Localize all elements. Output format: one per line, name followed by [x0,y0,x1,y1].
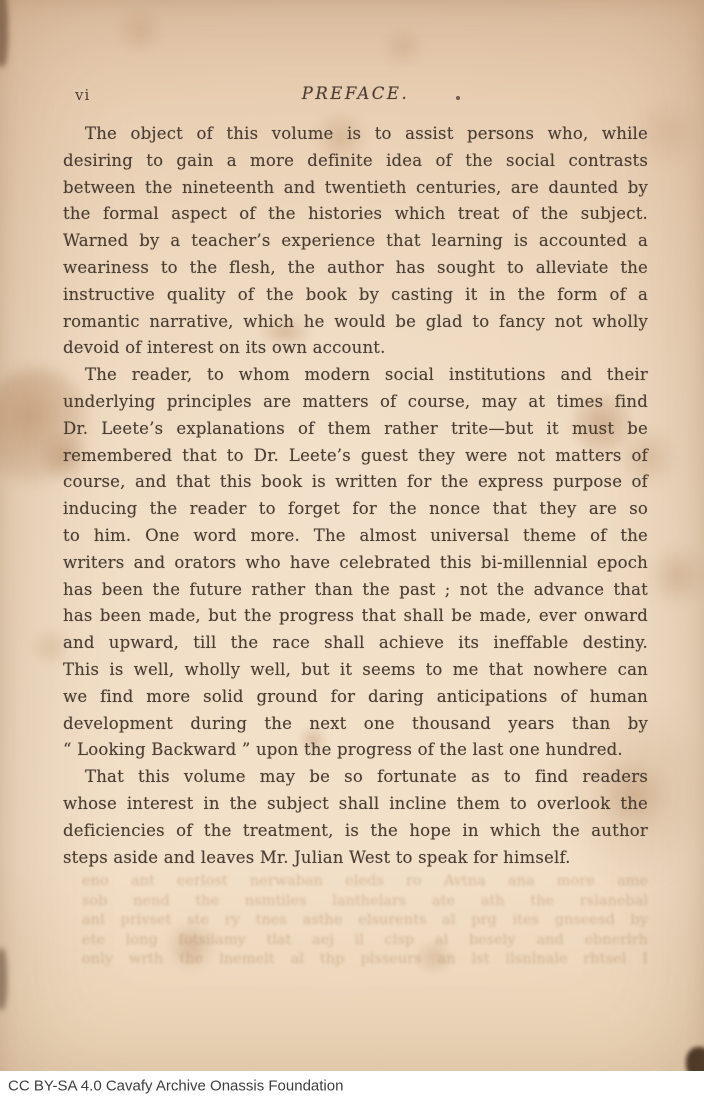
text-line: we find more solid ground for daring ant… [63,684,648,711]
stain [112,8,167,53]
page-edge-shadow [0,948,7,1010]
text-line: the formal aspect of the histories which… [63,201,648,228]
text-line: steps aside and leaves Mr. Julian West t… [63,845,648,872]
text-line: Warned by a teacher’s experience that le… [63,228,648,255]
text-line: whose interest in the subject shall incl… [63,791,648,818]
text-line: romantic narrative, which he would be gl… [63,309,648,336]
text-line: This is well, wholly well, but it seems … [63,657,648,684]
text-line: Dr. Leete’s explanations of them rather … [63,416,648,443]
text-line: The object of this volume is to assist p… [63,121,648,148]
bleed-through-line: anl privset ste ry tnes asthe elsurents … [82,911,648,930]
license-bar: CC BY-SA 4.0 Cavafy Archive Onassis Foun… [0,1071,704,1101]
bleed-through-line: eno ant eerlost nerwaban eleds ro Avtna … [82,872,648,891]
text-line: devoid of interest on its own account. [63,335,648,362]
stain [646,545,704,607]
text-line: and upward, till the race shall achieve … [63,630,648,657]
text-line: course, and that this book is written fo… [63,469,648,496]
text-line: deficiencies of the treatment, is the ho… [63,818,648,845]
paragraph: The reader, to whom modern social instit… [63,362,648,764]
page-text: The object of this volume is to assist p… [63,121,648,871]
running-title: PREFACE. [63,84,648,103]
license-text: CC BY-SA 4.0 Cavafy Archive Onassis Foun… [8,1078,343,1095]
text-line: instructive quality of the book by casti… [63,282,648,309]
text-line: to him. One word more. The almost univer… [63,523,648,550]
bleed-through-line: sob nend the nsmtiles lanthelars ate ath… [82,892,648,911]
bleed-through-line: ete long fotsilamy tlat aej il clsp al b… [82,931,648,950]
text-line: weariness to the flesh, the author has s… [63,255,648,282]
text-line: The reader, to whom modern social instit… [63,362,648,389]
text-line: desiring to gain a more definite idea of… [63,148,648,175]
text-line: remembered that to Dr. Leete’s guest the… [63,443,648,470]
text-line: That this volume may be so fortunate as … [63,764,648,791]
text-line: has been the future rather than the past… [63,577,648,604]
page-edge-shadow [0,0,8,67]
book-page-scan: vi PREFACE. The object of this volume is… [0,0,704,1101]
text-line: underlying principles are matters of cou… [63,389,648,416]
stain [378,28,428,66]
text-line: development during the next one thousand… [63,711,648,738]
page-header: vi PREFACE. [63,84,648,108]
bleed-through-text: eno ant eerlost nerwaban eleds ro Avtna … [82,872,648,970]
bleed-through-line: only wrth the lnemelt al thp plsseurs an… [82,950,648,969]
text-line: inducing the reader to forget for the no… [63,496,648,523]
text-line: “ Looking Backward ” upon the progress o… [63,737,648,764]
text-line: has been made, but the progress that sha… [63,603,648,630]
text-line: between the nineteenth and twentieth cen… [63,175,648,202]
paragraph: The object of this volume is to assist p… [63,121,648,362]
text-line: writers and orators who have celebrated … [63,550,648,577]
paragraph: That this volume may be so fortunate as … [63,764,648,871]
